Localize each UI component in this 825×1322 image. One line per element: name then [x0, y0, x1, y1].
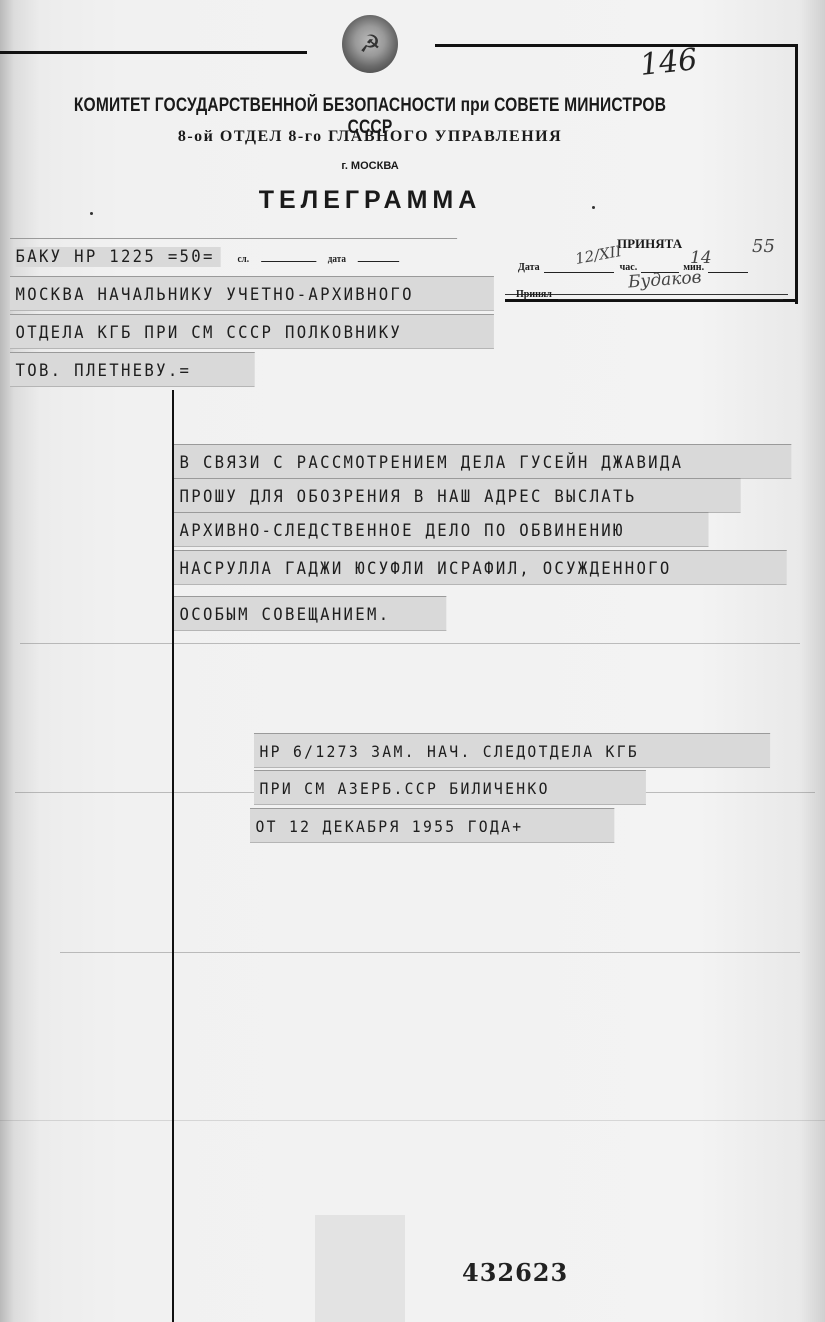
signature-line-2: ПРИ СМ АЗЕРБ.ССР БИЛИЧЕНКО	[254, 770, 646, 805]
body-line-1: В СВЯЗИ С РАССМОТРЕНИЕМ ДЕЛА ГУСЕЙН ДЖАВ…	[174, 444, 791, 479]
signature-line-3: ОТ 12 ДЕКАБРЯ 1955 ГОДА+	[250, 808, 614, 843]
folio-number: 146	[638, 42, 699, 83]
form-frame-right	[795, 44, 798, 304]
archive-stamp-number: 432623	[462, 1258, 568, 1287]
address-line-3: ОТДЕЛА КГБ ПРИ СМ СССР ПОЛКОВНИКУ	[10, 314, 494, 349]
signature-line-1: НР 6/1273 ЗАМ. НАЧ. СЛЕДОТДЕЛА КГБ	[254, 733, 770, 768]
body-line-2: ПРОШУ ДЛЯ ОБОЗРЕНИЯ В НАШ АДРЕС ВЫСЛАТЬ	[174, 478, 741, 513]
words-label: сл.	[237, 254, 249, 265]
received-date-label: Дата	[518, 262, 540, 273]
address-line-1: БАКУ НР 1225 =50= сл. дата	[10, 238, 457, 273]
city: г. МОСКВА	[0, 160, 740, 172]
address-line-2: МОСКВА НАЧАЛЬНИКУ УЧЕТНО-АРХИВНОГО	[10, 276, 494, 311]
department-name: 8-ой ОТДЕЛ 8-го ГЛАВНОГО УПРАВЛЕНИЯ	[0, 128, 740, 146]
document-title: ТЕЛЕГРАММА	[0, 186, 740, 215]
body-line-4: НАСРУЛЛА ГАДЖИ ЮСУФЛИ ИСРАФИЛ, ОСУЖДЕННО…	[174, 550, 787, 585]
received-title: ПРИНЯТА	[617, 236, 682, 252]
date-label: дата	[328, 254, 346, 265]
header-rule-right	[435, 44, 798, 47]
body-line-5: ОСОБЫМ СОВЕЩАНИЕМ.	[174, 596, 446, 631]
header-rule-left	[0, 51, 307, 54]
received-min-value: 55	[752, 236, 775, 257]
accepted-by-label: Принял	[516, 289, 552, 300]
tape-remnant	[315, 1215, 405, 1322]
received-hour-value: 14	[690, 248, 712, 268]
address-line-4: ТОВ. ПЛЕТНЕВУ.=	[10, 352, 255, 387]
ussr-coat-of-arms-icon: ☭	[342, 15, 398, 73]
body-line-3: АРХИВНО-СЛЕДСТВЕННОЕ ДЕЛО ПО ОБВИНЕНИЮ	[174, 512, 709, 547]
